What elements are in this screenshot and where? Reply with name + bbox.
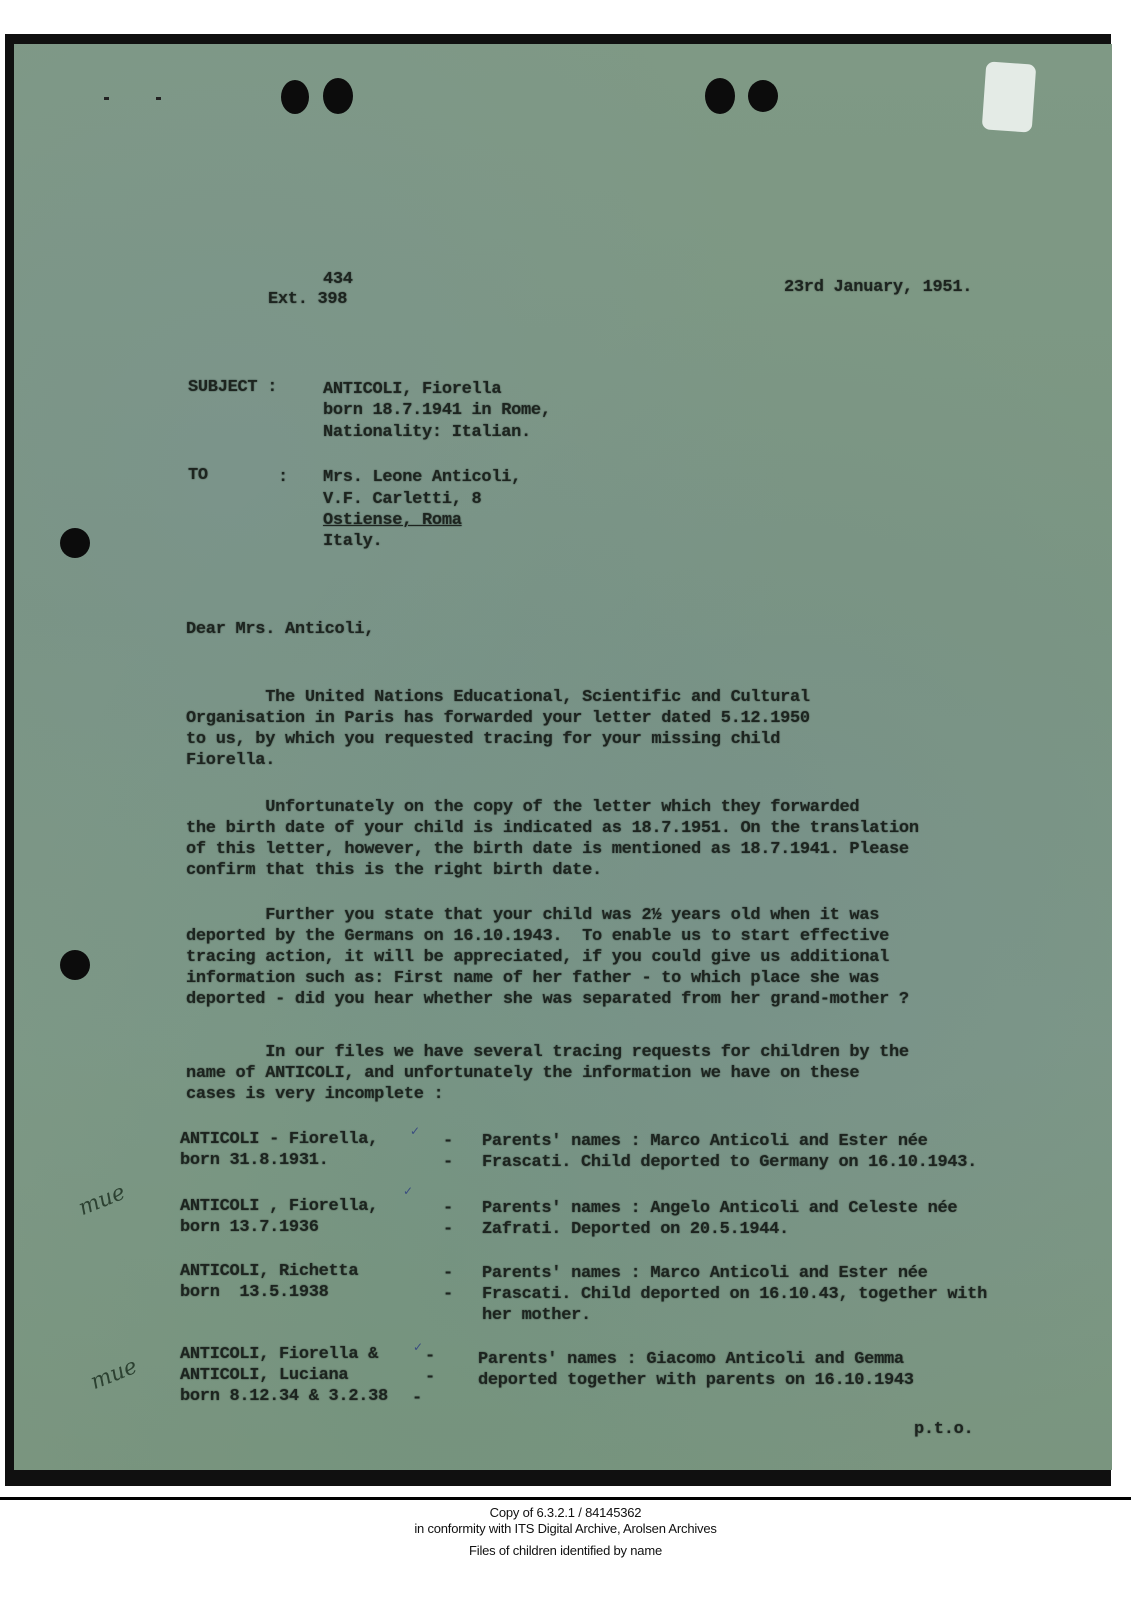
paragraph-line: Further you state that your child was 2½… bbox=[186, 906, 879, 927]
case-name: ANTICOLI, Luciana bbox=[180, 1366, 348, 1387]
punch-hole bbox=[60, 950, 90, 980]
case-dash: - bbox=[412, 1389, 422, 1410]
salutation: Dear Mrs. Anticoli, bbox=[186, 620, 374, 641]
closing-note: p.t.o. bbox=[914, 1420, 973, 1441]
paragraph-line: confirm that this is the right birth dat… bbox=[186, 861, 602, 882]
case-dash: - bbox=[443, 1285, 453, 1306]
subject-label: SUBJECT : bbox=[188, 378, 277, 399]
paragraph-line: name of ANTICOLI, and unfortunately the … bbox=[186, 1064, 859, 1085]
case-dash: - bbox=[425, 1368, 435, 1389]
punch-hole bbox=[281, 80, 309, 114]
letter-date: 23rd January, 1951. bbox=[784, 278, 972, 299]
scan-mark bbox=[156, 97, 161, 100]
case-name: ANTICOLI , Fiorella, bbox=[180, 1197, 378, 1218]
address-line: Italy. bbox=[323, 532, 382, 553]
extension-number: Ext. 398 bbox=[268, 290, 347, 311]
letter-page bbox=[14, 44, 1112, 1470]
reference-number: 434 bbox=[323, 270, 353, 291]
check-mark-icon: ✓ bbox=[410, 1124, 420, 1138]
footer-divider bbox=[0, 1497, 1131, 1500]
punch-hole bbox=[323, 78, 353, 114]
case-dash: - bbox=[443, 1264, 453, 1285]
case-detail: Frascati. Child deported on 16.10.43, to… bbox=[482, 1285, 987, 1306]
case-detail: her mother. bbox=[482, 1306, 591, 1327]
case-detail: Parents' names : Marco Anticoli and Este… bbox=[482, 1264, 928, 1285]
subject-line: born 18.7.1941 in Rome, bbox=[323, 401, 551, 422]
case-birth: born 13.7.1936 bbox=[180, 1218, 319, 1239]
paragraph-line: cases is very incomplete : bbox=[186, 1085, 443, 1106]
case-birth: born 31.8.1931. bbox=[180, 1151, 329, 1172]
case-name: ANTICOLI, Richetta bbox=[180, 1262, 358, 1283]
paragraph-line: of this letter, however, the birth date … bbox=[186, 840, 909, 861]
scan-mark bbox=[104, 97, 109, 100]
paragraph-line: Organisation in Paris has forwarded your… bbox=[186, 709, 810, 730]
paragraph-line: to us, by which you requested tracing fo… bbox=[186, 730, 780, 751]
check-mark-icon: ✓ bbox=[413, 1340, 423, 1354]
case-name: ANTICOLI - Fiorella, bbox=[180, 1130, 378, 1151]
case-dash: - bbox=[443, 1153, 453, 1174]
case-detail: Frascati. Child deported to Germany on 1… bbox=[482, 1153, 977, 1174]
paragraph-line: information such as: First name of her f… bbox=[186, 969, 879, 990]
to-label: TO bbox=[188, 466, 208, 487]
paragraph-line: Unfortunately on the copy of the letter … bbox=[186, 798, 859, 819]
to-colon: : bbox=[278, 468, 288, 489]
paragraph-line: the birth date of your child is indicate… bbox=[186, 819, 919, 840]
footer-copy-line: Copy of 6.3.2.1 / 84145362 bbox=[0, 1505, 1131, 1520]
case-detail: Parents' names : Giacomo Anticoli and Ge… bbox=[478, 1350, 904, 1371]
case-dash: - bbox=[443, 1132, 453, 1153]
case-birth: born 13.5.1938 bbox=[180, 1283, 329, 1304]
case-name: ANTICOLI, Fiorella & bbox=[180, 1345, 378, 1366]
subject-line: Nationality: Italian. bbox=[323, 423, 531, 444]
case-detail: Parents' names : Angelo Anticoli and Cel… bbox=[482, 1199, 957, 1220]
case-detail: deported together with parents on 16.10.… bbox=[478, 1371, 914, 1392]
footer-collection-line: Files of children identified by name bbox=[0, 1543, 1131, 1558]
address-line: V.F. Carletti, 8 bbox=[323, 490, 481, 511]
subject-line: ANTICOLI, Fiorella bbox=[323, 380, 501, 401]
paragraph-line: The United Nations Educational, Scientif… bbox=[186, 688, 810, 709]
paragraph-line: deported by the Germans on 16.10.1943. T… bbox=[186, 927, 889, 948]
punch-hole bbox=[705, 78, 735, 114]
case-dash: - bbox=[443, 1220, 453, 1241]
case-dash: - bbox=[443, 1199, 453, 1220]
tape-patch bbox=[982, 61, 1037, 132]
punch-hole bbox=[748, 80, 778, 112]
case-dash: - bbox=[425, 1347, 435, 1368]
case-detail: Parents' names : Marco Anticoli and Este… bbox=[482, 1132, 928, 1153]
footer-conformity-line: in conformity with ITS Digital Archive, … bbox=[0, 1521, 1131, 1536]
address-line: Mrs. Leone Anticoli, bbox=[323, 468, 521, 489]
case-detail: Zafrati. Deported on 20.5.1944. bbox=[482, 1220, 789, 1241]
case-birth: born 8.12.34 & 3.2.38 bbox=[180, 1387, 388, 1408]
punch-hole bbox=[60, 528, 90, 558]
paragraph-line: Fiorella. bbox=[186, 751, 275, 772]
address-line: Ostiense, Roma bbox=[323, 511, 462, 532]
paragraph-line: In our files we have several tracing req… bbox=[186, 1043, 909, 1064]
check-mark-icon: ✓ bbox=[403, 1184, 413, 1198]
paragraph-line: tracing action, it will be appreciated, … bbox=[186, 948, 889, 969]
paragraph-line: deported - did you hear whether she was … bbox=[186, 990, 909, 1011]
